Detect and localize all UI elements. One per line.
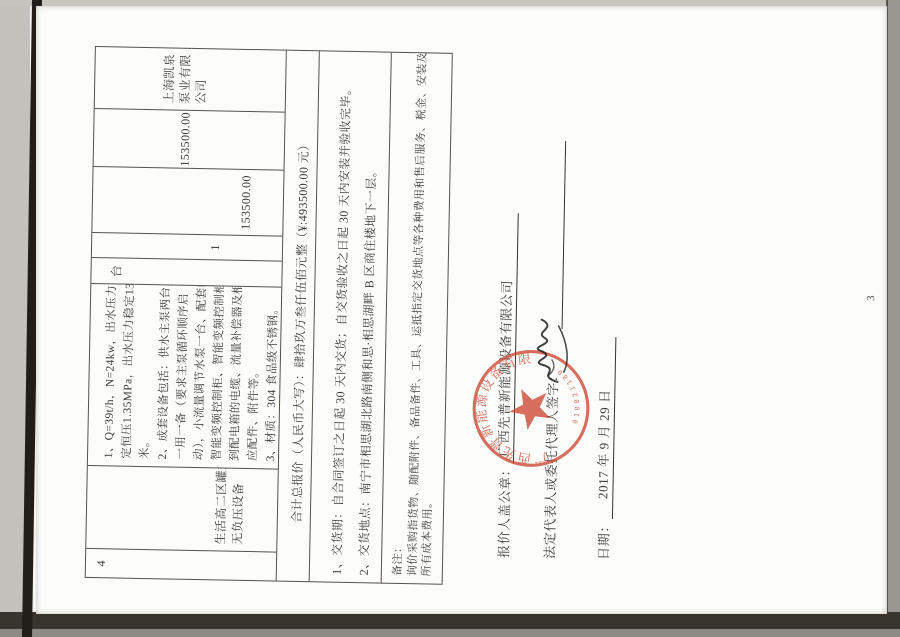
equipment-name-line: 生活高二区罐式 bbox=[212, 471, 230, 544]
grand-total-text: 合计总报价（人民币大写）：肆拾玖万叁仟伍佰元整（¥:493500.00 元） bbox=[290, 138, 311, 523]
quotation-table: 4 生活高二区罐式 无负压设备 1、Q=39t/h，N=24kw，出水压力调 定… bbox=[85, 46, 453, 585]
equipment-name-line: 无负压设备 bbox=[229, 472, 247, 545]
table-row-notes: 备注： 询价采购指货物、随配附件、备品备件、工具、运抵指定交货地点等各种费用和售… bbox=[381, 53, 452, 584]
spec-line: 定恒压1.35MPa，出水压力稳定135 bbox=[118, 289, 139, 459]
quantity-value: 1 bbox=[208, 244, 222, 251]
cell-unit-price: 153500.00 bbox=[92, 166, 283, 236]
representative-signature-label: 法定代表人或委托代理人签字： bbox=[542, 368, 561, 559]
cell-unit: 台 bbox=[91, 257, 281, 287]
cell-amount: 153500.00 bbox=[94, 108, 285, 170]
representative-signature-line bbox=[545, 140, 567, 328]
cell-notes: 备注： 询价采购指货物、随配附件、备品备件、工具、运抵指定交货地点等各种费用和售… bbox=[382, 53, 452, 584]
supplier-name: 上海凯泉泵业有限公司 bbox=[162, 54, 208, 104]
cell-equipment-name: 生活高二区罐式 无负压设备 bbox=[86, 465, 278, 552]
table-row-delivery: 1、交货期：自合同签订之日起 30 天内交货；自交货验收之日起 30 天内安装并… bbox=[309, 51, 391, 582]
unit-price-value: 153500.00 bbox=[238, 175, 253, 230]
cell-delivery-terms: 1、交货期：自合同签订之日起 30 天内交货；自交货验收之日起 30 天内安装并… bbox=[310, 51, 391, 582]
paper-sheet: 4 生活高二区罐式 无负压设备 1、Q=39t/h，N=24kw，出水压力调 定… bbox=[36, 6, 887, 614]
cell-quantity: 1 bbox=[92, 232, 282, 261]
scanned-quotation-page: 4 生活高二区罐式 无负压设备 1、Q=39t/h，N=24kw，出水压力调 定… bbox=[0, 0, 900, 637]
scan-bottom-edge bbox=[0, 629, 900, 637]
unit-value: 台 bbox=[109, 265, 123, 278]
cell-item-no: 4 bbox=[86, 548, 277, 581]
amount-value: 153500.00 bbox=[178, 112, 193, 167]
date-row: 日期：2017 年 9 月 29 日 bbox=[591, 28, 622, 560]
quoter-seal-row: 报价人盖公章：广西先普新能源设备有限公司 bbox=[491, 26, 522, 558]
cell-supplier: 上海凯泉泵业有限公司 bbox=[95, 47, 286, 112]
representative-signature-row: 法定代表人或委托代理人签字： bbox=[539, 27, 568, 559]
date-label: 日期： bbox=[596, 519, 612, 560]
spec-line: 3、材质：304 食品级不锈钢。 bbox=[262, 291, 281, 461]
document-content-rotated: 4 生活高二区罐式 无负压设备 1、Q=39t/h，N=24kw，出水压力调 定… bbox=[37, 7, 897, 629]
cell-specification: 1、Q=39t/h，N=24kw，出水压力调 定恒压1.35MPa，出水压力稳定… bbox=[88, 283, 281, 469]
quoter-company-name: 广西先普新能源设备有限公司 bbox=[493, 213, 519, 463]
table-row: 4 生活高二区罐式 无负压设备 1、Q=39t/h，N=24kw，出水压力调 定… bbox=[86, 47, 286, 581]
date-value: 2017 年 9 月 29 日 bbox=[592, 337, 616, 519]
quoter-seal-label: 报价人盖公章： bbox=[496, 463, 513, 558]
handwritten-signature bbox=[527, 315, 572, 386]
page-number: 3 bbox=[865, 295, 877, 301]
item-no: 4 bbox=[94, 560, 108, 567]
